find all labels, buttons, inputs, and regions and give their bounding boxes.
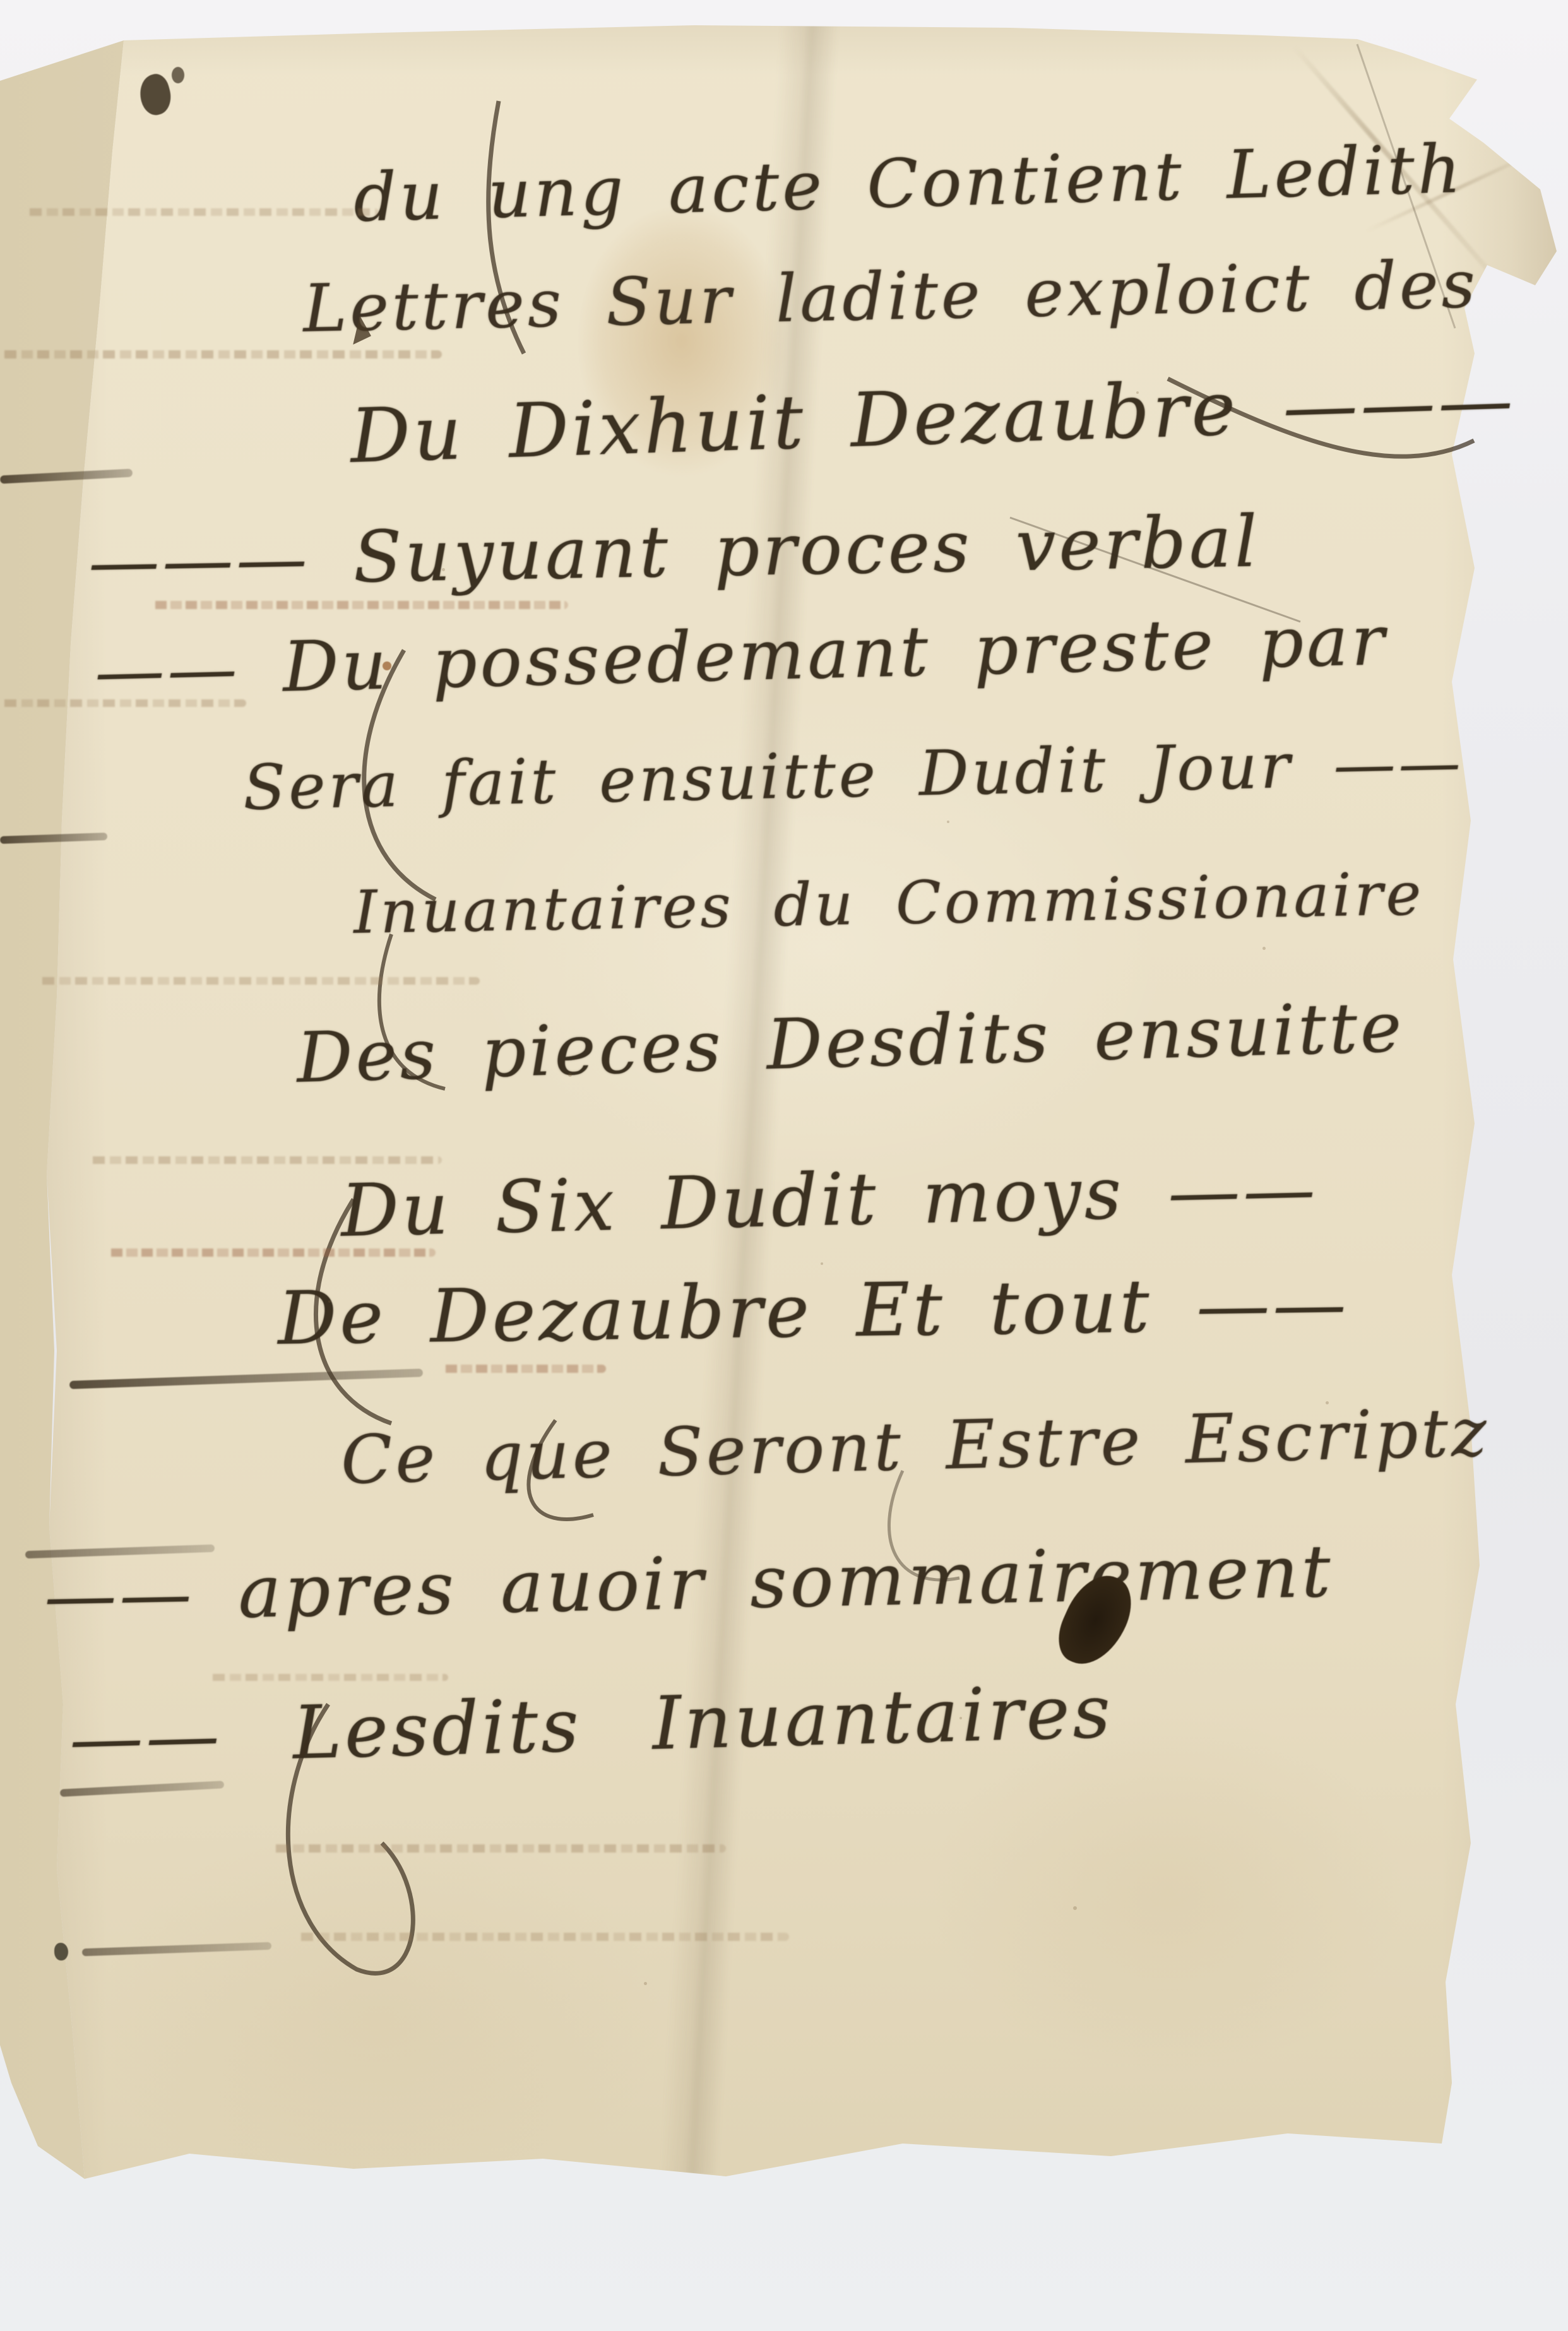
paper-speck: [1326, 1401, 1329, 1404]
paper-speck: [442, 568, 445, 571]
paper-speck: [644, 1982, 647, 1985]
flourish-strokes: [0, 0, 1568, 2331]
bleed-through-marks: [25, 208, 379, 216]
bleed-through-marks: [88, 1156, 442, 1164]
paper-speck: [1136, 391, 1139, 394]
bleed-through-marks: [107, 1249, 436, 1257]
ink-blot-small: [172, 67, 184, 83]
bleed-through-marks: [208, 1674, 448, 1681]
bleed-through-marks: [151, 601, 568, 609]
paper-speck: [821, 1262, 823, 1265]
bleed-through-marks: [0, 699, 246, 707]
paper-speck: [1073, 1906, 1077, 1910]
bleed-through-marks: [38, 977, 480, 985]
paper-hole: [54, 1943, 68, 1960]
paper-speck: [947, 821, 949, 823]
bleed-through-marks: [297, 1933, 789, 1941]
photo-of-manuscript: du ung acte Contient Ledith Lettres Sur …: [0, 0, 1568, 2331]
bleed-through-marks: [442, 1365, 606, 1373]
paper-speck: [505, 1591, 508, 1594]
paper-speck: [568, 1073, 572, 1077]
screenshot-root: { "colors": { "photo_background": "#eded…: [0, 0, 1568, 2331]
bleed-through-marks: [0, 350, 442, 359]
paper-speck: [328, 1300, 331, 1303]
bleed-through-marks: [271, 1844, 726, 1853]
rust-dot: [383, 661, 391, 670]
paper-speck: [959, 1717, 962, 1719]
paper-speck: [1262, 947, 1266, 950]
